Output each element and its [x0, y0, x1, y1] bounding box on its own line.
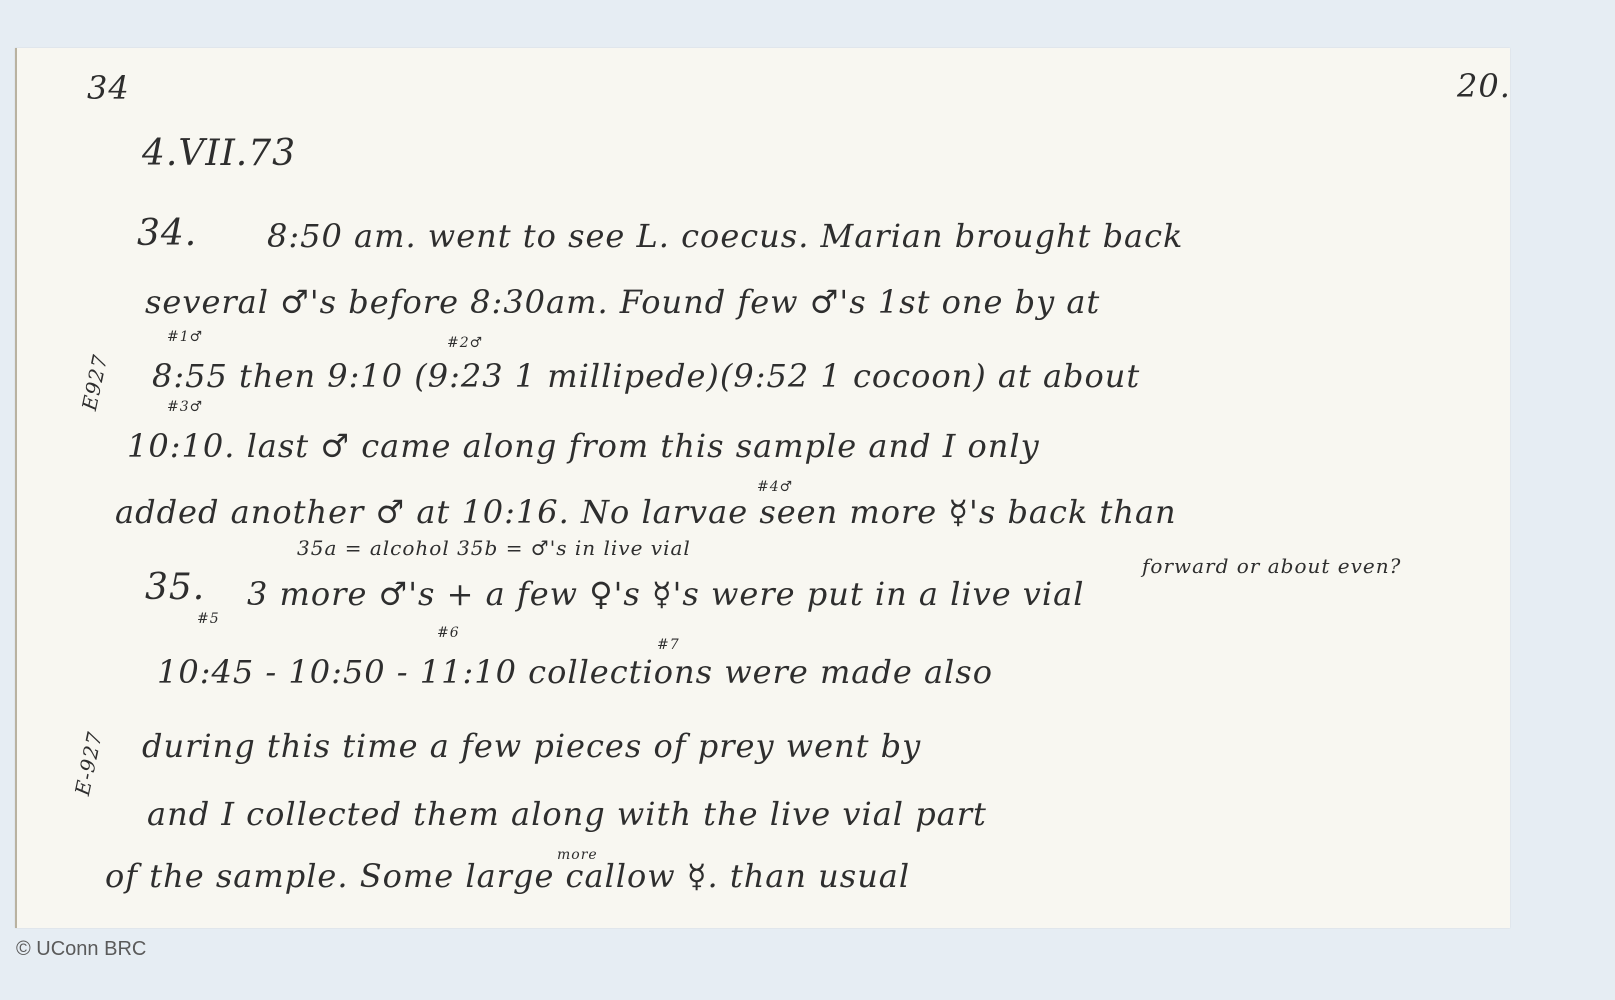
page-number-right: 20. [1457, 70, 1511, 102]
entry-35-line-3: during this time a few pieces of prey we… [142, 730, 921, 762]
entry-35-line-4: and I collected them along with the live… [147, 798, 987, 830]
annotation-6: #6 [437, 626, 460, 640]
annotation-1-male: #1♂ [167, 330, 203, 344]
margin-label-1: E927 [79, 352, 110, 412]
annotation-4-male: #4♂ [757, 480, 793, 494]
entry-34-line-1: 8:50 am. went to see L. coecus. Marian b… [267, 220, 1183, 252]
entry-35-line-1: 3 more ♂'s + a few ♀'s ☿'s were put in a… [247, 578, 1084, 610]
entry-35-number: 35. [145, 570, 205, 606]
entry-34-line-3: 8:55 then 9:10 (9:23 1 millipede)(9:52 1… [152, 360, 1140, 392]
annotation-7: #7 [657, 638, 680, 652]
entry-35-line-2: 10:45 - 10:50 - 11:10 collections were m… [157, 656, 993, 688]
entry-34-line-4: 10:10. last ♂ came along from this sampl… [127, 430, 1040, 462]
entry-34-number: 34. [137, 216, 197, 252]
annotation-5: #5 [197, 612, 220, 626]
entry-35-line-5: of the sample. Some large callow ☿. than… [105, 860, 910, 892]
page-number-left: 34 [87, 72, 130, 104]
date: 4.VII.73 [142, 136, 296, 172]
entry-35-header-note: 35a = alcohol 35b = ♂'s in live vial [297, 538, 691, 558]
annotation-forward-note: forward or about even? [1142, 556, 1401, 576]
field-notes-card: 34 20. 4.VII.73 E927 E-927 34. 8:50 am. … [15, 48, 1510, 928]
annotation-2-male: #2♂ [447, 336, 483, 350]
entry-34-line-5: added another ♂ at 10:16. No larvae seen… [115, 496, 1177, 528]
margin-label-2: E-927 [72, 730, 105, 798]
annotation-3-male: #3♂ [167, 400, 203, 414]
copyright-credit: © UConn BRC [16, 938, 146, 961]
entry-34-line-2: several ♂'s before 8:30am. Found few ♂'s… [145, 286, 1100, 318]
